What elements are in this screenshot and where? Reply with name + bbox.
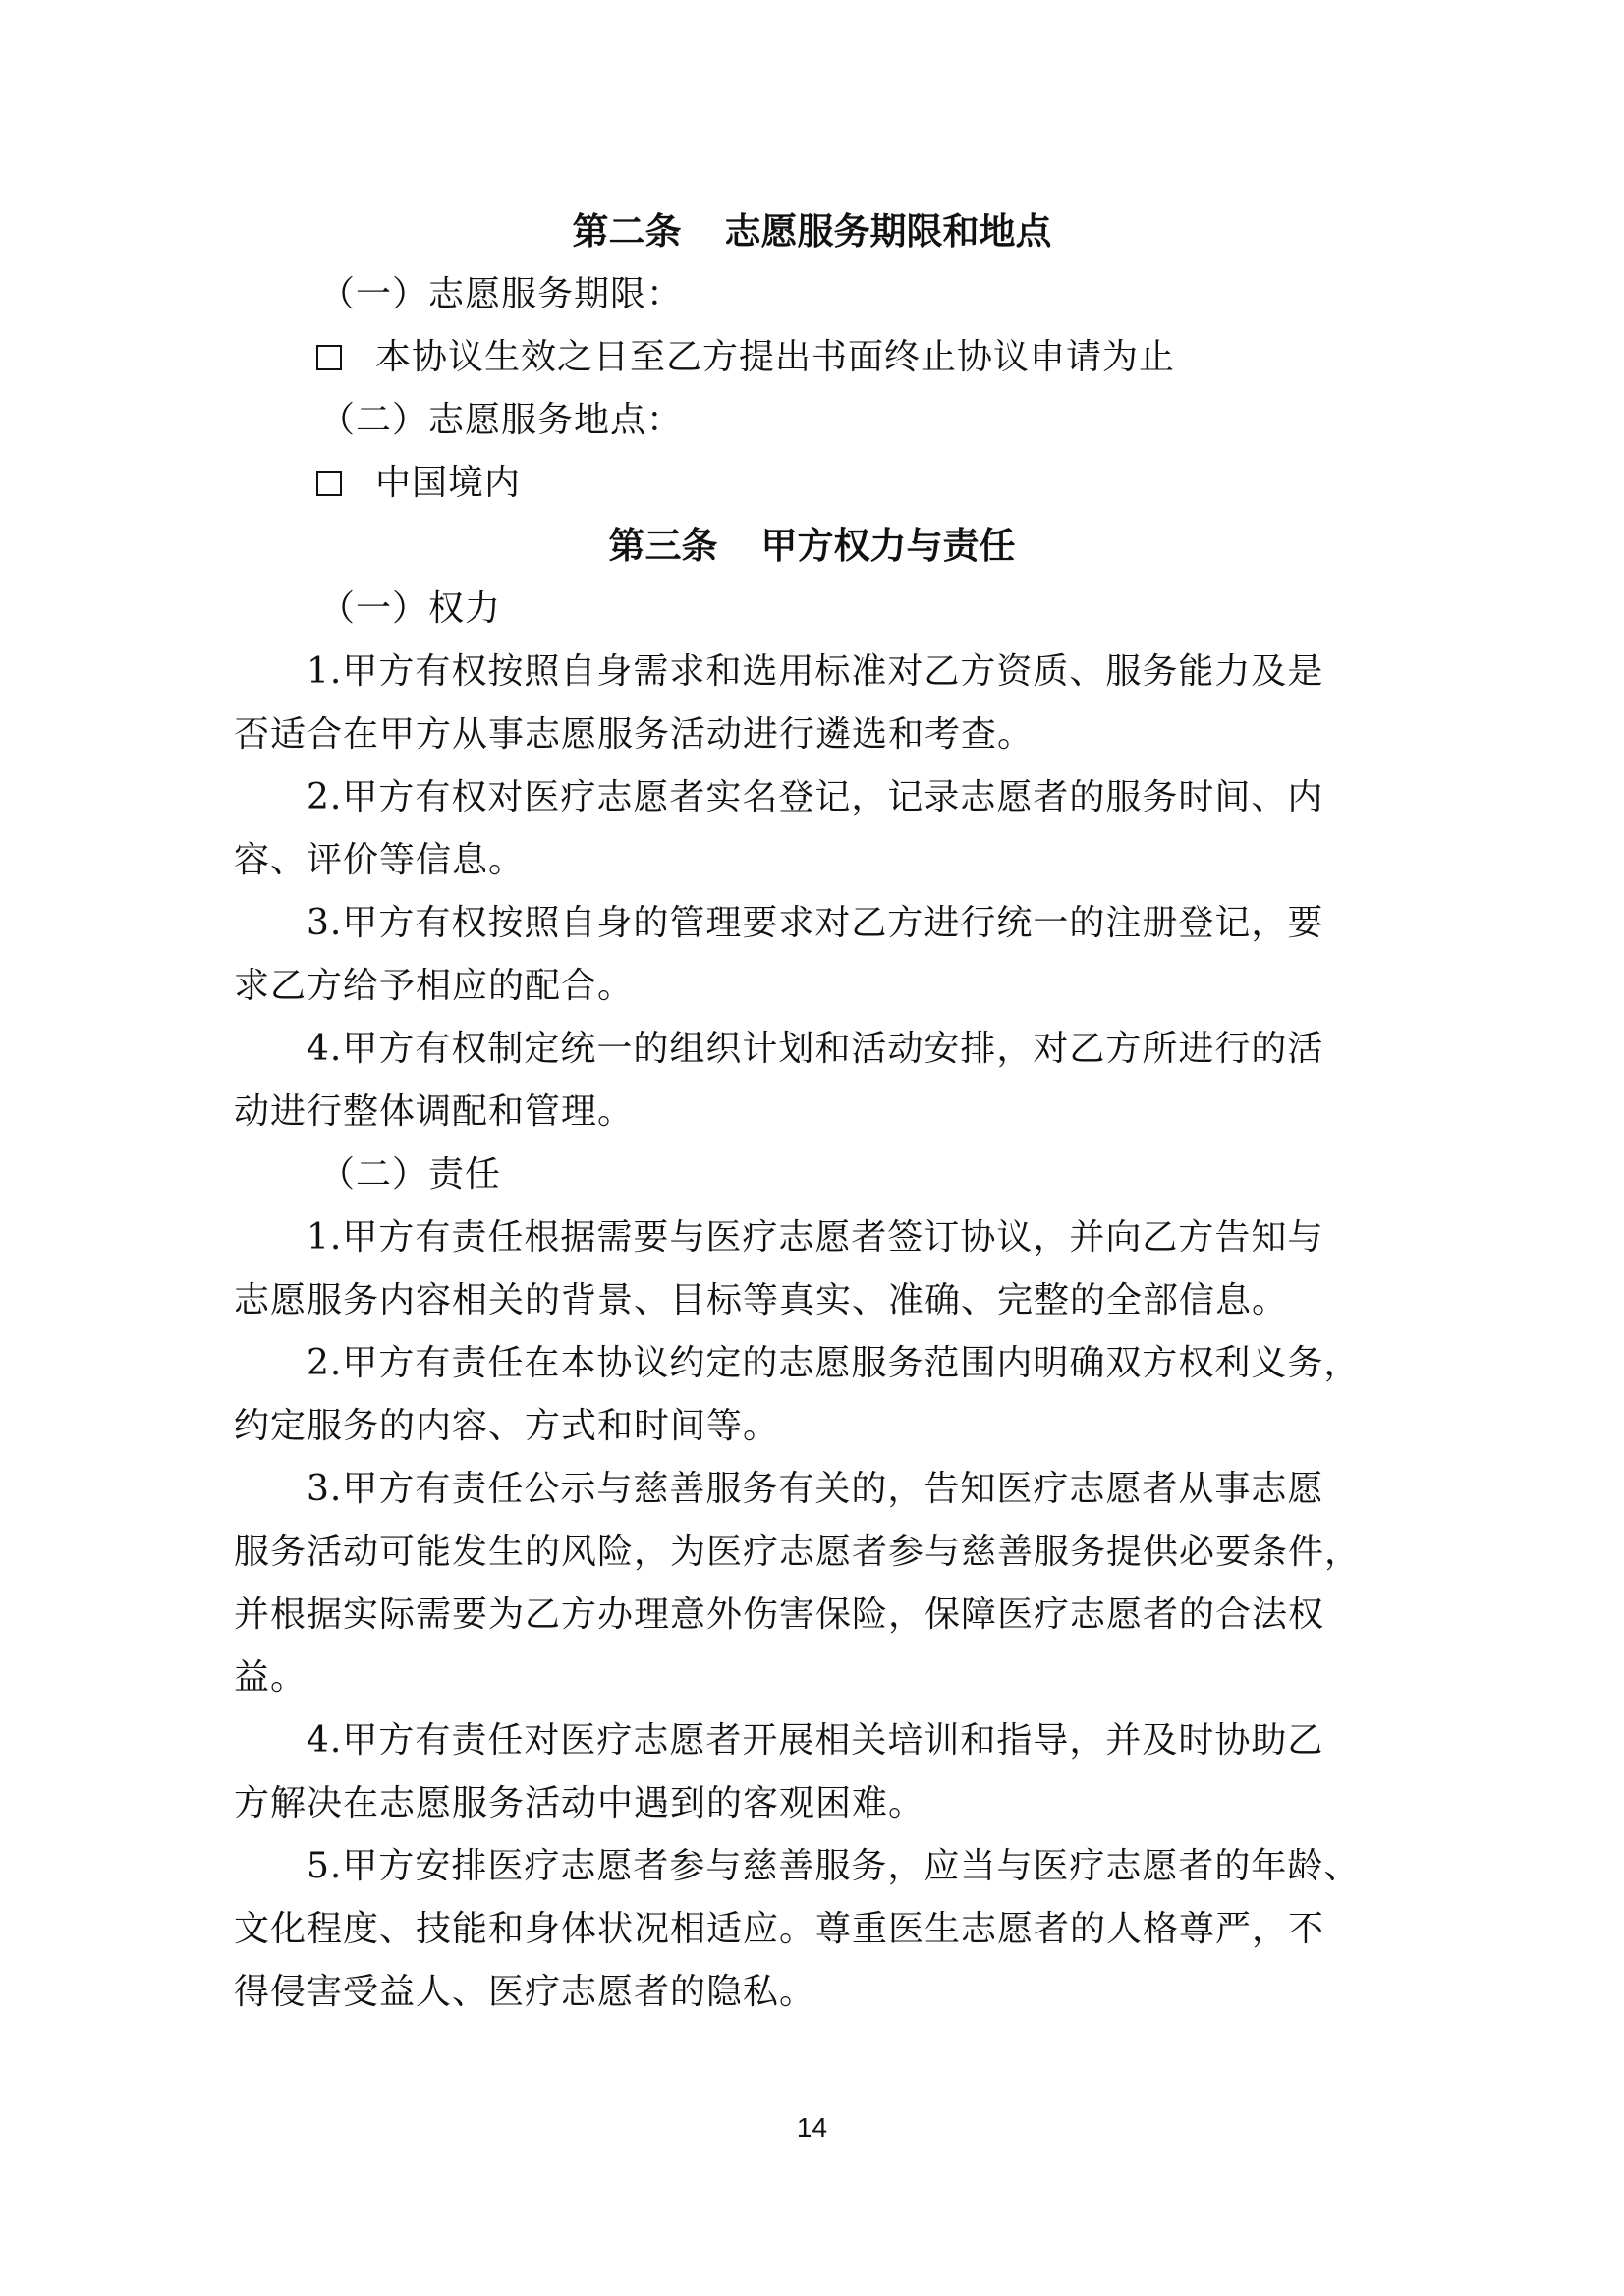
service-location-option: 中国境内 (316, 462, 521, 505)
duties-item-5-line-3: 得侵害受益人、医疗志愿者的隐私。 (234, 1971, 815, 2014)
duties-item-4-line-2: 方解决在志愿服务活动中遇到的客观困难。 (234, 1782, 924, 1825)
duties-item-5-line-2: 文化程度、技能和身体状况相适应。尊重医生志愿者的人格尊严，不 (234, 1908, 1324, 1951)
service-location-subheading: （二）志愿服务地点： (319, 399, 683, 442)
rights-item-1-line-1: 1.甲方有权按照自身需求和选用标准对乙方资质、服务能力及是 (307, 650, 1323, 694)
duties-item-3-line-1: 3.甲方有责任公示与慈善服务有关的，告知医疗志愿者从事志愿 (307, 1468, 1323, 1511)
rights-item-1-line-2: 否适合在甲方从事志愿服务活动进行遴选和考查。 (234, 713, 1034, 756)
rights-item-3-line-2: 求乙方给予相应的配合。 (234, 965, 634, 1008)
duties-item-4-line-1: 4.甲方有责任对医疗志愿者开展相关培训和指导，并及时协助乙 (307, 1719, 1323, 1763)
article-2-number: 第二条 (573, 210, 682, 252)
rights-item-4-line-1: 4.甲方有权制定统一的组织计划和活动安排，对乙方所进行的活 (307, 1028, 1323, 1071)
duties-item-1-line-1: 1.甲方有责任根据需要与医疗志愿者签订协议，并向乙方告知与 (307, 1216, 1323, 1260)
duties-subheading: （二）责任 (319, 1153, 501, 1197)
duties-item-2-line-1: 2.甲方有责任在本协议约定的志愿服务范围内明确双方权利义务， (307, 1342, 1360, 1385)
article-3-title: 甲方权力与责任 (761, 525, 1016, 567)
checkbox-icon[interactable] (316, 345, 342, 370)
document-page: 第二条志愿服务期限和地点 （一）志愿服务期限： 本协议生效之日至乙方提出书面终止… (0, 0, 1624, 2296)
duties-item-5-line-1: 5.甲方安排医疗志愿者参与慈善服务，应当与医疗志愿者的年龄、 (307, 1845, 1360, 1888)
service-location-option-label: 中国境内 (375, 463, 521, 503)
service-period-option-label: 本协议生效之日至乙方提出书面终止协议申请为止 (375, 337, 1175, 377)
rights-item-2-line-2: 容、评价等信息。 (234, 839, 525, 882)
page-number: 14 (0, 2112, 1624, 2144)
service-period-option: 本协议生效之日至乙方提出书面终止协议申请为止 (316, 336, 1175, 379)
service-period-subheading: （一）志愿服务期限： (319, 273, 683, 316)
duties-item-3-line-2: 服务活动可能发生的风险，为医疗志愿者参与慈善服务提供必要条件， (234, 1531, 1361, 1574)
duties-item-3-line-3: 并根据实际需要为乙方办理意外伤害保险，保障医疗志愿者的合法权 (234, 1594, 1324, 1637)
article-3-number: 第三条 (609, 525, 718, 567)
checkbox-icon[interactable] (316, 471, 342, 496)
rights-item-2-line-1: 2.甲方有权对医疗志愿者实名登记，记录志愿者的服务时间、内 (307, 776, 1323, 819)
article-2-title: 志愿服务期限和地点 (725, 210, 1052, 252)
rights-subheading: （一）权力 (319, 588, 501, 631)
duties-item-3-line-4: 益。 (234, 1656, 307, 1700)
article-2-heading: 第二条志愿服务期限和地点 (0, 210, 1624, 253)
rights-item-4-line-2: 动进行整体调配和管理。 (234, 1091, 634, 1134)
duties-item-2-line-2: 约定服务的内容、方式和时间等。 (234, 1405, 779, 1448)
article-3-heading: 第三条甲方权力与责任 (0, 525, 1624, 568)
rights-item-3-line-1: 3.甲方有权按照自身的管理要求对乙方进行统一的注册登记，要 (307, 902, 1323, 945)
duties-item-1-line-2: 志愿服务内容相关的背景、目标等真实、准确、完整的全部信息。 (234, 1279, 1288, 1322)
